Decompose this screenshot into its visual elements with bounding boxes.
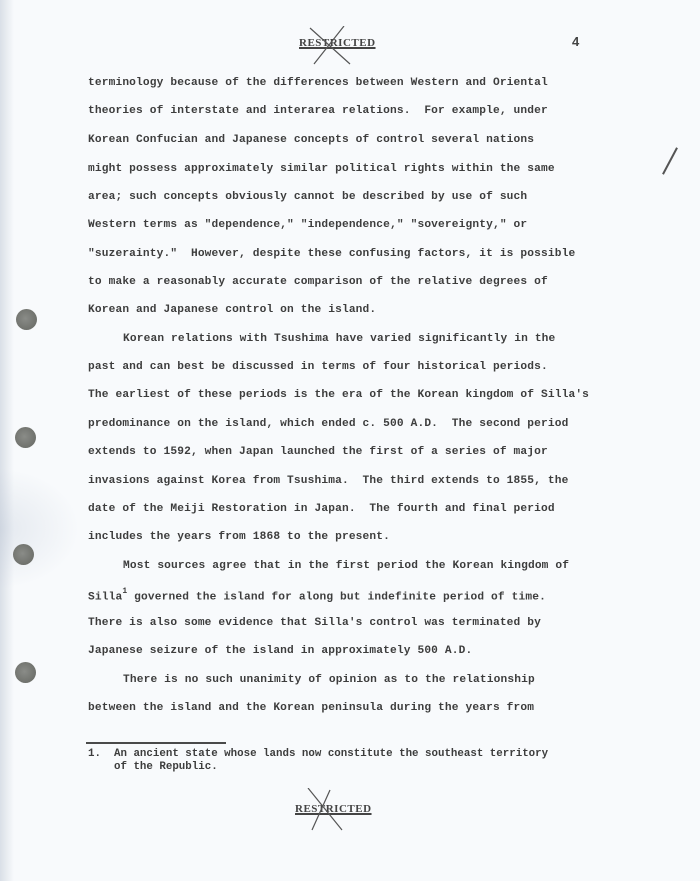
text-line: includes the years from 1868 to the pres… xyxy=(88,530,390,544)
text-line: past and can best be discussed in terms … xyxy=(88,360,548,374)
text-fragment: Silla xyxy=(88,592,122,604)
text-line: Most sources agree that in the first per… xyxy=(123,559,569,573)
text-line: "suzerainty." However, despite these con… xyxy=(88,247,575,261)
punch-hole xyxy=(16,309,37,330)
footnote-ref: 1 xyxy=(122,587,127,596)
page-number: 4 xyxy=(572,34,579,49)
text-fragment: governed the island for along but indefi… xyxy=(127,592,546,604)
text-line: Korean and Japanese control on the islan… xyxy=(88,303,376,317)
text-line: terminology because of the differences b… xyxy=(88,76,548,90)
footnote: 1. An ancient state whose lands now cons… xyxy=(88,747,114,817)
text-line: area; such concepts obviously cannot be … xyxy=(88,190,527,204)
header-classification-stamp: RESTRICTED xyxy=(299,37,376,49)
punch-hole xyxy=(15,662,36,683)
text-line: to make a reasonably accurate comparison… xyxy=(88,275,548,289)
text-line: Korean Confucian and Japanese concepts o… xyxy=(88,133,534,147)
document-page: RESTRICTED 4 terminology because of the … xyxy=(0,0,700,881)
footer-classification-stamp: RESTRICTED xyxy=(295,803,372,815)
punch-hole xyxy=(15,427,36,448)
scan-shadow xyxy=(0,0,14,881)
text-line-with-footnote: Silla1 governed the island for along but… xyxy=(88,587,546,605)
margin-pencil-mark xyxy=(662,147,678,174)
text-line: between the island and the Korean penins… xyxy=(88,701,534,715)
text-line: There is no such unanimity of opinion as… xyxy=(123,673,535,687)
footnote-number: 1. xyxy=(88,747,101,761)
text-line: Japanese seizure of the island in approx… xyxy=(88,644,472,658)
text-line: date of the Meiji Restoration in Japan. … xyxy=(88,502,555,516)
text-line: Korean relations with Tsushima have vari… xyxy=(123,332,555,346)
text-line: theories of interstate and interarea rel… xyxy=(88,104,548,118)
footnote-divider xyxy=(86,742,226,744)
footnote-text-line: of the Republic. xyxy=(114,760,218,774)
punch-hole xyxy=(13,544,34,565)
text-line: Western terms as "dependence," "independ… xyxy=(88,218,527,232)
text-line: might possess approximately similar poli… xyxy=(88,162,555,176)
text-line: invasions against Korea from Tsushima. T… xyxy=(88,474,568,488)
footnote-text-line: An ancient state whose lands now constit… xyxy=(114,747,548,761)
text-line: There is also some evidence that Silla's… xyxy=(88,616,541,630)
text-line: extends to 1592, when Japan launched the… xyxy=(88,445,548,459)
text-line: The earliest of these periods is the era… xyxy=(88,388,589,402)
text-line: predominance on the island, which ended … xyxy=(88,417,568,431)
